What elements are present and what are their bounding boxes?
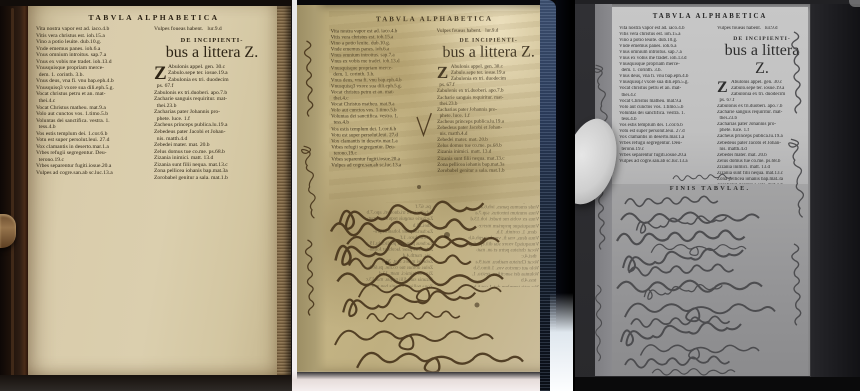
index-entry-line: Zorobabel genitur a sala. mat.1.b	[437, 167, 541, 174]
table-header: TABVLA ALPHABETICA	[612, 13, 808, 20]
index-entry-line: Vulpes foueas habent. lur.9.d	[717, 26, 807, 32]
corner-highlight	[849, 0, 860, 7]
fore-edge-pages	[277, 6, 291, 383]
book-edge-shadow	[810, 0, 860, 391]
incipit-subheading: bus a littera Z.	[154, 44, 270, 62]
drop-cap: Z	[717, 80, 728, 96]
book-page-recto: TABVLA ALPHABETICA Vita nostra vapor est…	[28, 6, 277, 375]
letter-z-block: Z Abulonis appel. gen. 30.cZabulo.sepe t…	[717, 80, 807, 189]
incipit-subheading: bus a littera Z.	[717, 42, 807, 78]
light-reflection	[550, 293, 573, 391]
book-photo-triptych: TABVLA ALPHABETICA Vita nostra vapor est…	[0, 0, 860, 391]
index-entry-line: Zorobabel genitur a sala. mat.1.b	[154, 175, 270, 182]
index-entry-line: Vulpes ad cogre.san.ab sc.luc.13.a	[36, 170, 154, 177]
uv-lower-zone	[612, 184, 808, 376]
table-surface-blur	[292, 370, 545, 391]
panel-color-scan: TABVLA ALPHABETICA Vita nostra vapor est…	[0, 0, 292, 391]
letter-z-block: Z Abulonis appel. gen. 30.cZabulo.sepe t…	[154, 64, 270, 182]
letter-z-block: Z Abulonis appel. gen. 30.cZabulo.sepe t…	[437, 64, 542, 174]
shadow-bottom	[0, 375, 292, 391]
panel-raking-light-photo: TABVLA ALPHABETICA Vita nostra vapor est…	[292, 0, 575, 391]
printed-text-block: TABVLA ALPHABETICA Vita nostra vapor est…	[329, 11, 541, 203]
uv-page: TABVLA ALPHABETICA Vita nostra vapor est…	[595, 4, 810, 376]
drop-cap: Z	[154, 64, 167, 83]
index-column-right: Abulonis appel. gen. 30.cZabulo.sepe ter…	[329, 203, 433, 287]
table-header: TABVLA ALPHABETICA	[329, 14, 541, 23]
index-entry-line: Vulpes foueas habent. lur.9.d	[437, 27, 541, 34]
index-column-right: Vulpes foueas habent. lur.9.d DE INCIPIE…	[437, 27, 542, 173]
table-header: TABVLA ALPHABETICA	[54, 13, 254, 22]
bright-exposure-zone: TABVLA ALPHABETICA Vita nostra vapor est…	[612, 7, 808, 184]
incipit-subheading: bus a littera Z.	[437, 44, 541, 63]
show-through-text: TABVLA ALPHABETICA Vita nostra vapor est…	[329, 203, 541, 287]
incipit-heading: DE INCIPIENTI-	[154, 37, 270, 44]
index-column-left: Vita nostra vapor est ad. iaco.4.bVitis …	[36, 26, 154, 177]
index-entry-line: Vos estis templum dei. 1.cor.6.b	[436, 284, 539, 287]
index-column-left: Vita nostra vapor est ad. iaco.4.bVitis …	[619, 26, 715, 165]
mirrored-index-table: TABVLA ALPHABETICA Vita nostra vapor est…	[329, 203, 541, 287]
printed-index-table: TABVLA ALPHABETICA Vita nostra vapor est…	[328, 10, 541, 203]
shadow-top	[575, 0, 860, 4]
index-z-entries: Abulonis appel. gen. 30.cZabulo.sepe ter…	[154, 64, 270, 182]
inner-margin	[297, 5, 327, 372]
index-entry-line: Vulpes ad cogre.san.ab sc.luc.13.a	[331, 162, 434, 169]
index-column-right: Vulpes foueas habent. lur.9.d DE INCIPIE…	[154, 26, 270, 181]
panel-uv-photo: TABVLA ALPHABETICA Vita nostra vapor est…	[575, 0, 860, 391]
shadow-top	[0, 0, 292, 6]
shadow-bottom	[575, 377, 860, 391]
index-z-entries: Abulonis appel. gen. 30.cZabulo.sepe ter…	[437, 64, 542, 174]
index-entry-line: Vulpes foueas habent. lur.9.d	[154, 26, 270, 33]
drop-cap: Z	[437, 64, 448, 81]
index-column-left: Vita nostra vapor est ad. iaco.4.bVitis …	[436, 203, 540, 287]
index-z-entries: Abulonis appel. gen. 30.cZabulo.sepe ter…	[717, 80, 807, 189]
book-cover-edge	[0, 0, 28, 391]
index-entry-line: Vulpes ad cogre.san.ab sc.luc.13.a	[619, 159, 715, 165]
index-column-left: Vita nostra vapor est ad. iaco.4.bVitis …	[331, 28, 435, 169]
stained-parchment-page: TABVLA ALPHABETICA Vita nostra vapor est…	[297, 5, 545, 372]
printed-index-table: TABVLA ALPHABETICA Vita nostra vapor est…	[28, 6, 277, 206]
index-column-right: Vulpes foueas habent. lur.9.d DE INCIPIE…	[717, 26, 807, 189]
index-entry-line: Zona pellicea iohanis bap.mat.3a	[329, 283, 433, 287]
cover-board-ridge	[11, 8, 14, 380]
printed-index-table: TABVLA ALPHABETICA Vita nostra vapor est…	[612, 7, 808, 184]
finis-tabulae: FINIS TABVLAE.	[612, 185, 808, 192]
